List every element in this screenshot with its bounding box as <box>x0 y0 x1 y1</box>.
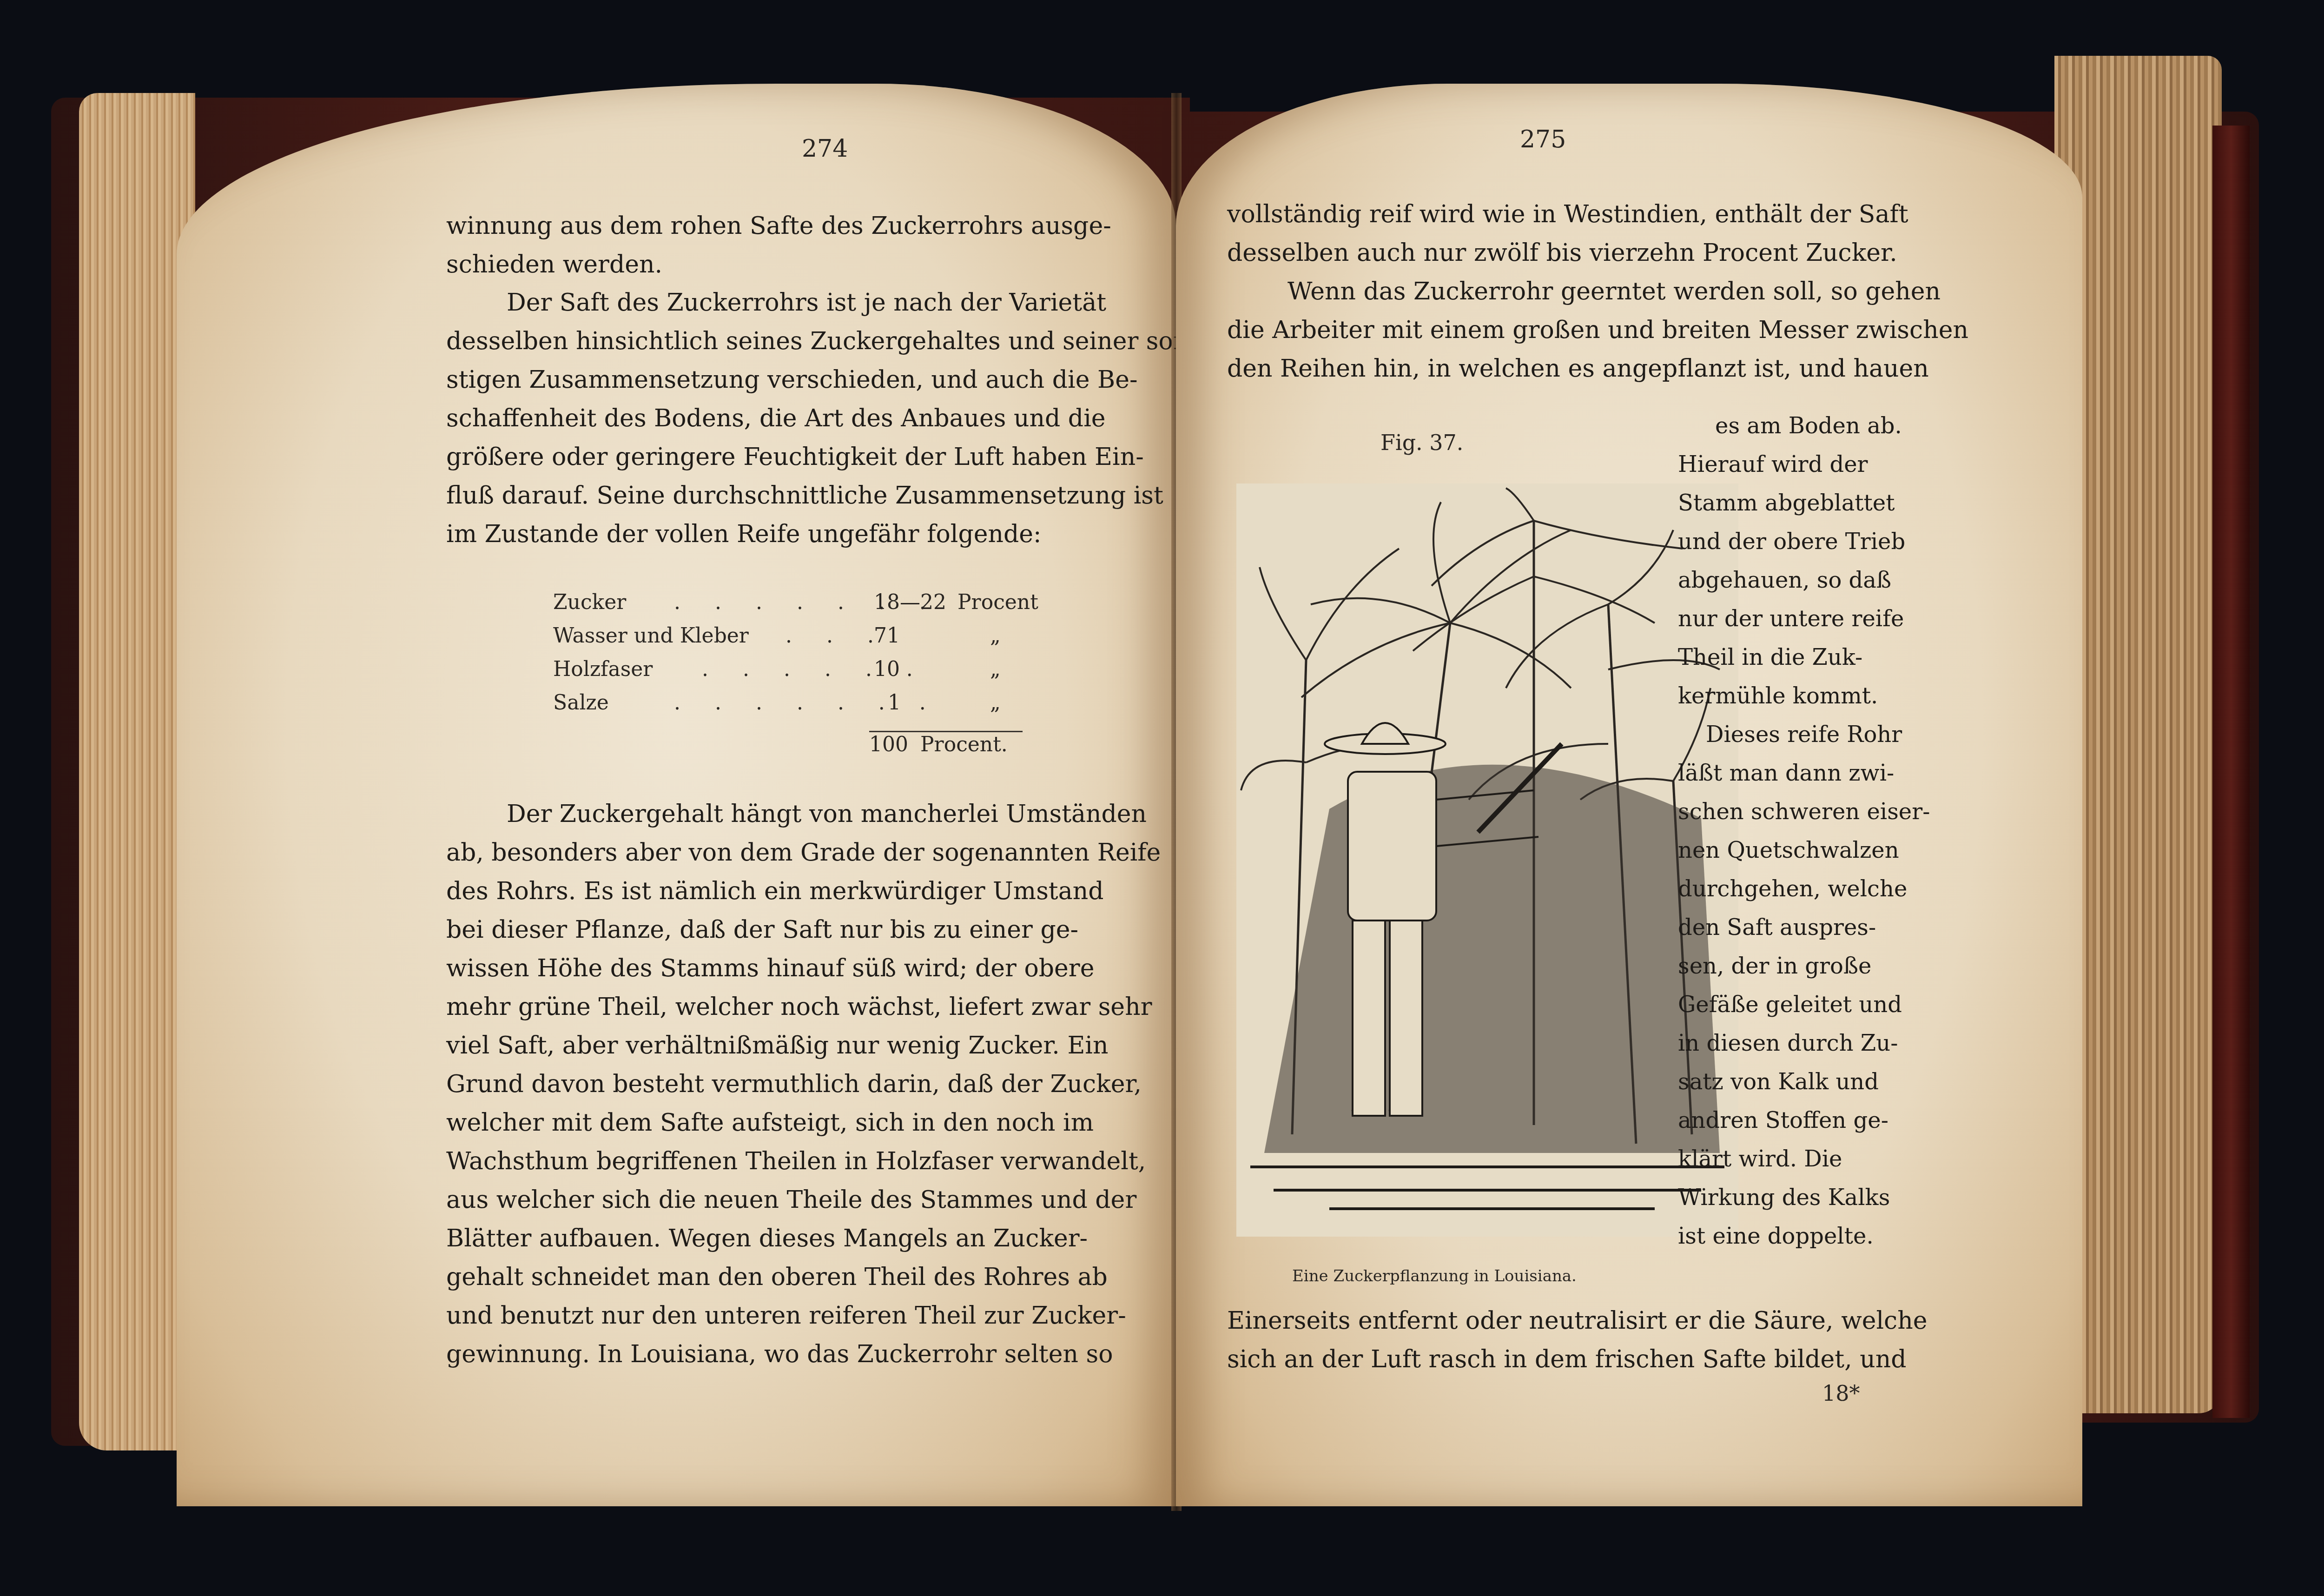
sugarcane-illustration <box>1236 483 1738 1237</box>
text-line: desselben hinsichtlich seines Zuckergeha… <box>446 322 1134 361</box>
text-line: vollständig reif wird wie in Westindien,… <box>1227 195 1952 234</box>
text-line: satz von Kalk und <box>1678 1063 1975 1101</box>
left-paragraph-3: Der Zuckergehalt hängt von mancherlei Um… <box>446 795 1134 1374</box>
text-line: fluß darauf. Seine durchschnittliche Zus… <box>446 477 1134 515</box>
table-label: Zucker <box>553 590 626 614</box>
right-paragraph-bottom: Einerseits entfernt oder neutralisirt er… <box>1227 1302 1989 1379</box>
book-spine-edge <box>2212 126 2250 1418</box>
text-line: schaffenheit des Bodens, die Art des Anb… <box>446 399 1134 438</box>
page-number-right: 275 <box>1520 126 1566 153</box>
text-line: sen, der in große <box>1678 947 1975 986</box>
table-unit: „ <box>990 657 1001 681</box>
text-line: bei dieser Pflanze, daß der Saft nur bis… <box>446 911 1134 949</box>
text-line: Theil in die Zuk- <box>1678 638 1975 677</box>
table-value: 71 <box>874 624 900 648</box>
text-line: wissen Höhe des Stamms hinauf süß wird; … <box>446 949 1134 988</box>
text-line: nur der untere reife <box>1678 600 1975 638</box>
text-line: Wachsthum begriffenen Theilen in Holzfas… <box>446 1142 1134 1181</box>
text-line: winnung aus dem rohen Safte des Zuckerro… <box>446 207 1134 245</box>
text-line: im Zustande der vollen Reife ungefähr fo… <box>446 515 1134 554</box>
text-line: durchgehen, welche <box>1678 870 1975 908</box>
text-line: gewinnung. In Louisiana, wo das Zuckerro… <box>446 1335 1134 1374</box>
text-line: und der obere Trieb <box>1678 523 1975 561</box>
text-line: viel Saft, aber verhältnißmäßig nur weni… <box>446 1026 1134 1065</box>
text-line: in diesen durch Zu- <box>1678 1024 1975 1063</box>
text-line: stigen Zusammensetzung verschieden, und … <box>446 361 1134 399</box>
table-value: 18—22 <box>874 590 946 614</box>
text-line: nen Quetschwalzen <box>1678 831 1975 870</box>
right-page: 275 vollständig reif wird wie in Westind… <box>1176 84 2082 1506</box>
table-total-value: 100 <box>869 733 908 756</box>
text-line: Gefäße geleitet und <box>1678 986 1975 1024</box>
table-unit: Procent <box>957 590 1038 614</box>
table-label: Wasser und Kleber <box>553 624 749 648</box>
table-row: Holzfaser . . . . . . 10 „ <box>553 657 1064 691</box>
text-line: andren Stoffen ge- <box>1678 1101 1975 1140</box>
right-paragraph-top: vollständig reif wird wie in Westindien,… <box>1227 195 1952 388</box>
text-line: gehalt schneidet man den oberen Theil de… <box>446 1258 1134 1297</box>
signature-mark: 18* <box>1822 1381 1860 1406</box>
text-line: läßt man dann zwi- <box>1678 754 1975 793</box>
text-line: Einerseits entfernt oder neutralisirt er… <box>1227 1302 1989 1340</box>
text-line: und benutzt nur den unteren reiferen The… <box>446 1297 1134 1335</box>
text-line: schieden werden. <box>446 245 1134 284</box>
text-line: größere oder geringere Feuchtigkeit der … <box>446 438 1134 477</box>
table-unit: „ <box>990 624 1001 648</box>
left-paragraph-1: winnung aus dem rohen Safte des Zuckerro… <box>446 207 1134 284</box>
table-row: Wasser und Kleber . . . 71 „ <box>553 624 1064 657</box>
left-page: 274 winnung aus dem rohen Safte des Zuck… <box>177 84 1176 1506</box>
table-leader-dots: . . . <box>786 624 888 648</box>
table-value: 1 <box>888 691 901 715</box>
composition-table: Zucker . . . . . . . 18—22 Procent Wasse… <box>553 590 1064 766</box>
text-line: des Rohrs. Es ist nämlich ein merkwürdig… <box>446 872 1134 911</box>
text-line: ab, besonders aber von dem Grade der sog… <box>446 834 1134 872</box>
figure-caption: Eine Zuckerpflanzung in Louisiana. <box>1292 1267 1577 1285</box>
text-line: den Reihen hin, in welchen es angepflanz… <box>1227 350 1952 388</box>
text-line: Der Saft des Zuckerrohrs ist je nach der… <box>446 284 1134 322</box>
text-line: Blätter aufbauen. Wegen dieses Mangels a… <box>446 1219 1134 1258</box>
table-unit: „ <box>990 691 1001 715</box>
text-line: aus welcher sich die neuen Theile des St… <box>446 1181 1134 1219</box>
text-line: Hierauf wird der <box>1678 445 1975 484</box>
page-number-left: 274 <box>802 135 848 163</box>
text-line: sich an der Luft rasch in dem frischen S… <box>1227 1340 1989 1379</box>
text-line: klärt wird. Die <box>1678 1140 1975 1179</box>
table-total-unit: Procent. <box>920 733 1008 756</box>
text-line: Wirkung des Kalks <box>1678 1179 1975 1217</box>
text-line: Grund davon besteht vermuthlich darin, d… <box>446 1065 1134 1104</box>
table-total-row: 100 Procent. <box>553 733 1064 766</box>
sum-rule <box>869 731 1023 732</box>
text-line: schen schweren eiser- <box>1678 793 1975 831</box>
text-line: welcher mit dem Safte aufsteigt, sich in… <box>446 1104 1134 1142</box>
text-line: Wenn das Zuckerrohr geerntet werden soll… <box>1227 272 1952 311</box>
figure-label: Fig. 37. <box>1380 430 1463 455</box>
text-line: den Saft auspres- <box>1678 908 1975 947</box>
sugarcane-engraving-icon <box>1236 483 1738 1237</box>
table-label: Holzfaser <box>553 657 653 681</box>
text-line: Dieses reife Rohr <box>1678 715 1975 754</box>
table-row: Zucker . . . . . . . 18—22 Procent <box>553 590 1064 624</box>
text-line: abgehauen, so daß <box>1678 561 1975 600</box>
text-line: Der Zuckergehalt hängt von mancherlei Um… <box>446 795 1134 834</box>
right-column-text: es am Boden ab. Hierauf wird der Stamm a… <box>1678 407 1975 1256</box>
text-line: es am Boden ab. <box>1678 407 1975 445</box>
table-label: Salze <box>553 691 609 715</box>
text-line: mehr grüne Theil, welcher noch wächst, l… <box>446 988 1134 1026</box>
table-row: Salze . . . . . . . 1 „ <box>553 691 1064 724</box>
table-value: 10 <box>874 657 900 681</box>
text-line: die Arbeiter mit einem großen und breite… <box>1227 311 1952 350</box>
text-line: desselben auch nur zwölf bis vierzehn Pr… <box>1227 234 1952 272</box>
left-paragraph-2: Der Saft des Zuckerrohrs ist je nach der… <box>446 284 1134 554</box>
text-line: kermühle kommt. <box>1678 677 1975 715</box>
text-line: Stamm abgeblattet <box>1678 484 1975 523</box>
text-line: ist eine doppelte. <box>1678 1217 1975 1256</box>
